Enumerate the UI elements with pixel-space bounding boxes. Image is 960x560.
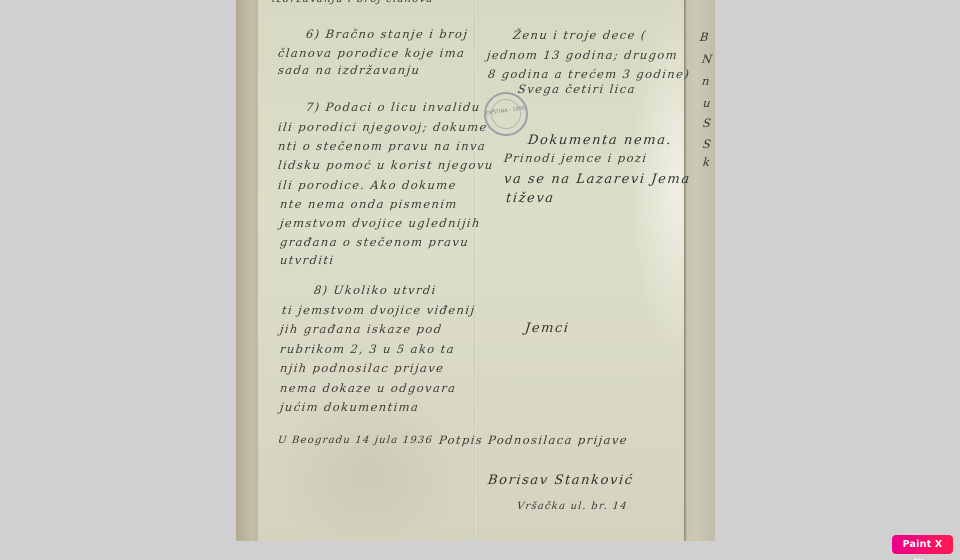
signature: Borisav Stanković [487, 473, 634, 488]
section-7-line-8: građana o stečenom pravu [279, 235, 470, 249]
section-8-line-3: jih građana iskaze pod [279, 322, 443, 336]
page-fold [474, 0, 476, 541]
documents-line-1: Dokumenta nema. [527, 133, 673, 148]
section-6-line-3: sada na izdržavanju [277, 63, 421, 77]
adjacent-fragment: k [702, 155, 712, 169]
section-8-line-2: ti jemstvom dvojice viđenij [281, 303, 476, 317]
section-8-line-4: rubrikom 2, 3 u 5 ako ta [279, 342, 455, 356]
documents-line-4: tiževa [505, 191, 555, 206]
documents-line-3: va se na Lazarevi Jema [503, 172, 691, 187]
section-7-line-2: ili porodici njegovoj; dokume [277, 120, 488, 134]
underlying-sheet-edge [236, 0, 258, 541]
official-stamp: OPŠTINA · 1936 · [484, 92, 528, 136]
section-7-line-7: jemstvom dvojice uglednijih [279, 216, 481, 230]
section-7-line-9: utvrditi [279, 253, 335, 267]
section-8-line-6: nema dokaze u odgovara [279, 381, 457, 395]
image-viewer: izdržavanju i broj članova 6) Bračno sta… [0, 0, 960, 560]
section-7-line-6: nte nema onda pismenim [279, 197, 458, 211]
adjacent-fragment: B [699, 30, 710, 44]
signature-label: Potpis Podnosilaca prijave [438, 433, 629, 447]
jemci-heading: Jemci [524, 321, 570, 336]
section-8-line-5: njih podnosilac prijave [279, 361, 445, 375]
family-line-1: Ženu i troje dece ( [512, 28, 647, 42]
stamp-text: OPŠTINA · 1936 · [485, 105, 526, 122]
section-7-line-5: ili porodice. Ako dokume [277, 178, 457, 192]
section-8-line-1: 8) Ukoliko utvrdi [313, 283, 437, 297]
place-date: U Beogradu 14 jula 1936 [277, 435, 433, 446]
family-line-2: jednom 13 godina; drugom [486, 48, 679, 62]
adjacent-fragment: S [702, 137, 713, 151]
adjacent-fragment: N [701, 52, 714, 66]
section-6-line-1: 6) Bračno stanje i broj [305, 27, 469, 41]
family-line-3: 8 godina a trećem 3 godine) [487, 67, 691, 81]
adjacent-fragment: n [701, 74, 711, 88]
section-7-line-1: 7) Podaci o licu invalidu [305, 100, 481, 114]
section-6-line-2: članova porodice koje ima [277, 46, 466, 60]
paint-x-lite-watermark-button[interactable]: Paint X lite [892, 535, 953, 554]
document-photo: izdržavanju i broj članova 6) Bračno sta… [236, 0, 715, 541]
documents-line-2: Prinodi jemce i pozi [503, 151, 648, 165]
section-8-line-7: jućim dokumentima [279, 400, 420, 414]
section-7-line-4: lidsku pomoć u korist njegovu [277, 158, 494, 172]
section-7-line-3: nti o stečenom pravu na inva [277, 139, 487, 153]
adjacent-fragment: u [702, 96, 712, 110]
top-line: izdržavanju i broj članova [271, 0, 434, 5]
adjacent-fragment: S [702, 116, 713, 130]
family-line-4: Svega četiri lica [517, 82, 636, 96]
address: Vršačka ul. br. 14 [516, 501, 628, 512]
